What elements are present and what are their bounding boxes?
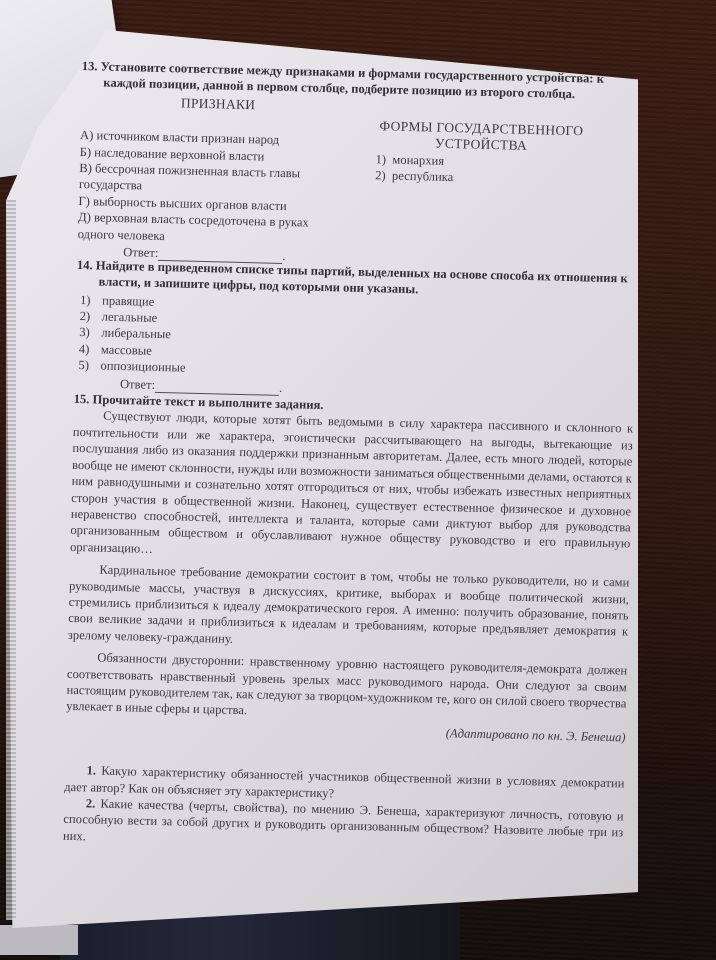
form-item-number: 1) xyxy=(375,152,386,166)
list-item-label: оппозиционные xyxy=(100,359,185,375)
question-13-number: 13. xyxy=(82,59,98,73)
features-column: ПРИЗНАКИ А) источником власти признан на… xyxy=(77,93,346,266)
passage-paragraph-1: Существуют люди, которые хотят быть ведо… xyxy=(70,407,633,568)
answer-label: Ответ: xyxy=(123,245,158,260)
party-types-list: 1)правящие 2)легальные 3)либеральные 4)м… xyxy=(74,292,636,388)
question-14: 14. Найдите в приведенном списке типы па… xyxy=(74,257,637,405)
feature-item-e: Д) верховная власть сосредоточена в рука… xyxy=(78,209,344,248)
form-item-number: 2) xyxy=(375,168,386,182)
task-number: 1. xyxy=(86,764,96,778)
forms-header: ФОРМЫ ГОСУДАРСТВЕННОГО УСТРОЙСТВА xyxy=(376,118,587,156)
reading-passage: Существуют люди, которые хотят быть ведо… xyxy=(66,407,634,745)
question-15: 15. Прочитайте текст и выполните задания… xyxy=(63,391,634,858)
task-number: 2. xyxy=(86,796,96,810)
page-perforated-edge xyxy=(6,200,16,920)
passage-paragraph-2: Кардинальное требование демократии состо… xyxy=(68,561,630,657)
list-item-number: 2) xyxy=(79,308,101,325)
answer-label: Ответ: xyxy=(120,377,155,392)
features-header: ПРИЗНАКИ xyxy=(81,93,346,116)
matching-table: ПРИЗНАКИ А) источником власти признан на… xyxy=(78,91,641,255)
question-15-number: 15. xyxy=(73,392,89,406)
list-item-number: 1) xyxy=(80,292,102,309)
question-13: 13. Установите соответствие между призна… xyxy=(78,58,642,254)
form-item-label: монархия xyxy=(392,152,444,167)
list-item-number: 5) xyxy=(78,357,100,374)
list-item-label: либеральные xyxy=(101,326,171,342)
list-item-label: массовые xyxy=(101,342,152,357)
list-item-number: 3) xyxy=(79,324,101,341)
form-item-label: республика xyxy=(392,169,454,184)
forms-column: ФОРМЫ ГОСУДАРСТВЕННОГО УСТРОЙСТВА 1) мон… xyxy=(375,118,587,189)
list-item-label: правящие xyxy=(102,293,155,308)
list-item-number: 4) xyxy=(79,341,101,358)
passage-tasks: 1. Какую характеристику обязанностей уча… xyxy=(63,762,625,858)
task-text: Какую характеристику обязанностей участн… xyxy=(64,764,625,800)
worksheet-content: 13. Установите соответствие между призна… xyxy=(63,58,642,858)
passage-paragraph-3: Обязанности двусторонни: нравственному у… xyxy=(66,649,627,728)
list-item-label: легальные xyxy=(102,310,158,325)
background-sheet-corner xyxy=(0,925,78,955)
question-14-number: 14. xyxy=(77,258,93,272)
